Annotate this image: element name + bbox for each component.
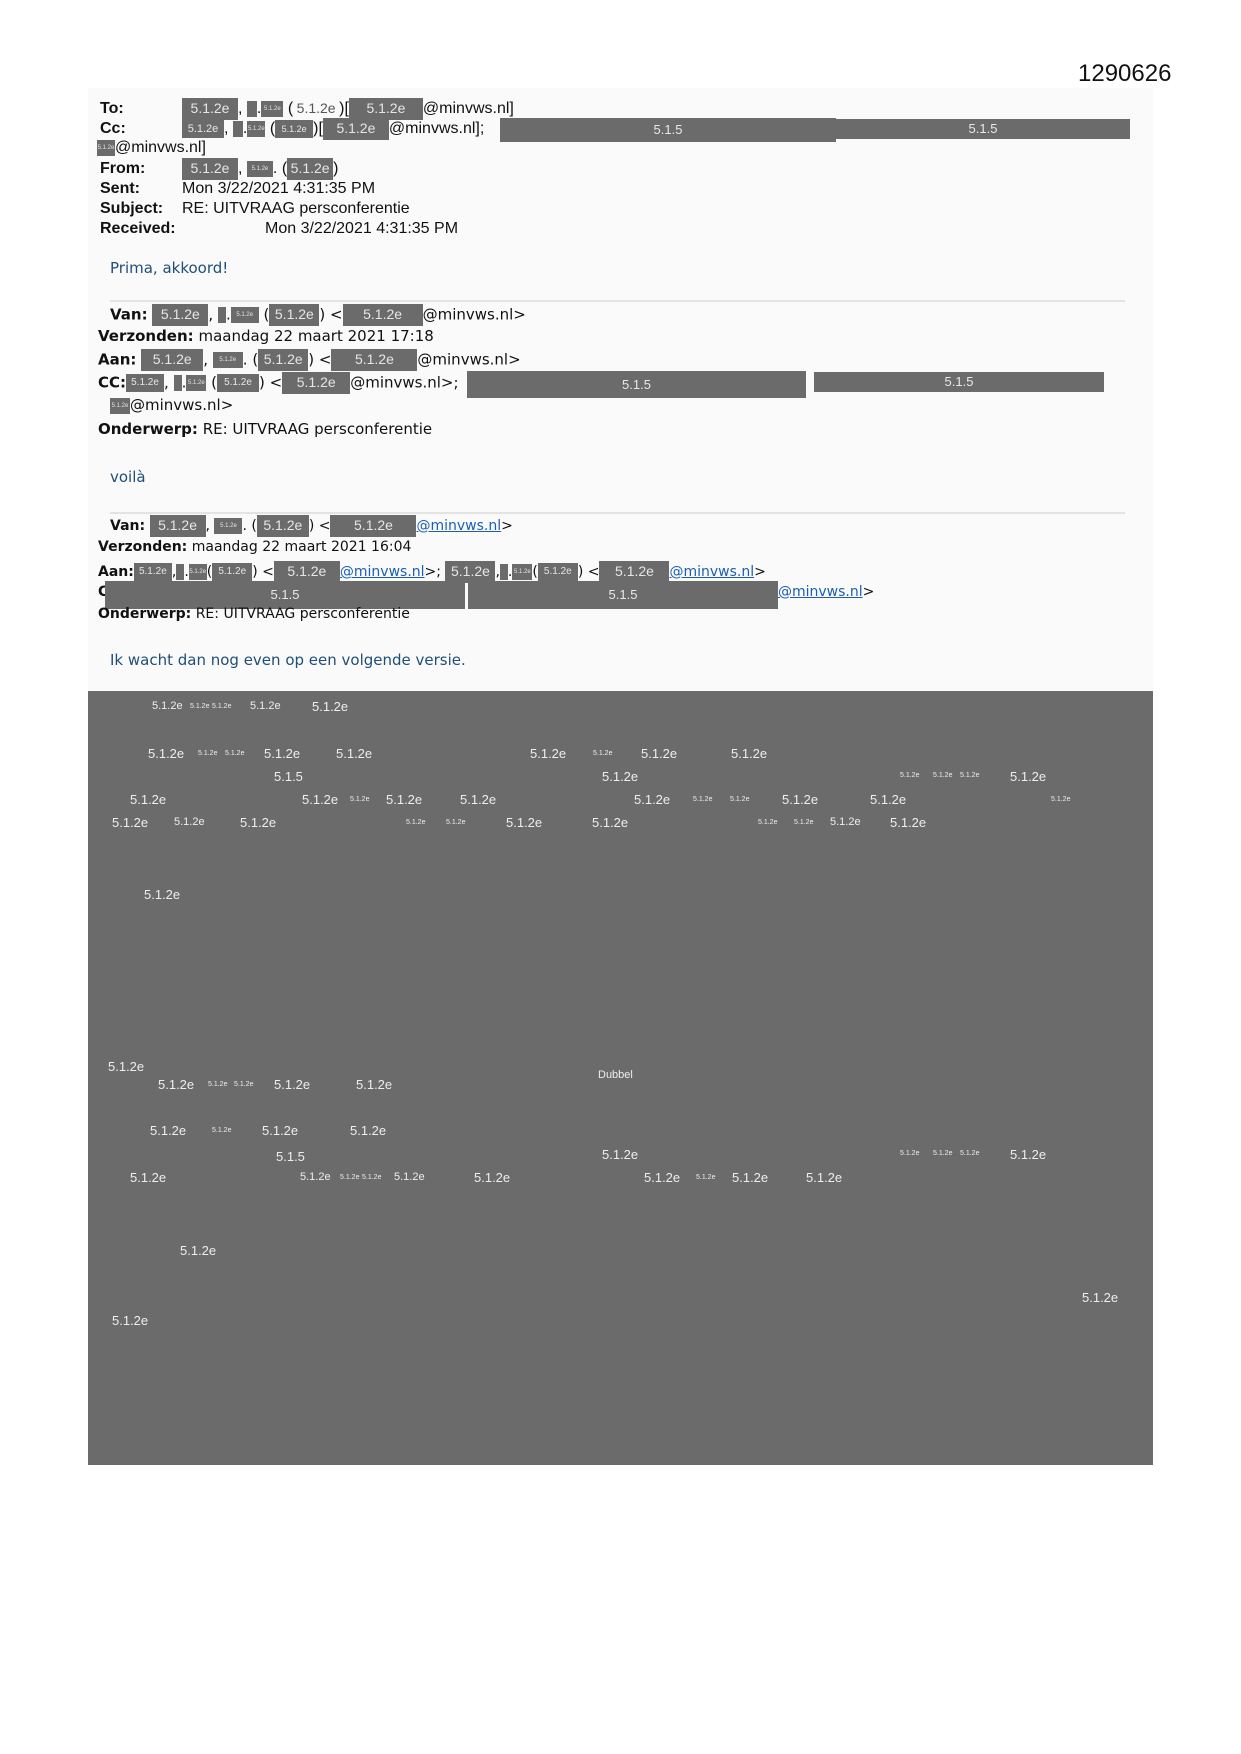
sent-value: Mon 3/22/2021 4:31:35 PM: [182, 180, 375, 198]
email-link[interactable]: @minvws.nl: [778, 584, 863, 600]
redaction-box: 5.1.2e: [445, 561, 495, 583]
redaction-box: 5.1.2e: [282, 372, 350, 394]
redaction-tag: 5.1.2e: [1051, 796, 1070, 803]
cc-continuation: 5.1.2e@minvws.nl]: [97, 139, 206, 157]
redaction-tag: 5.1.2e: [758, 819, 777, 826]
redaction-tag: 5.1.2e: [870, 792, 906, 807]
redaction-tag: 5.1.2e: [350, 1123, 386, 1138]
quoted2-aan-row: Aan:5.1.2e,.5.1.2e(5.1.2e) <5.1.2e@minvw…: [98, 561, 766, 583]
separator: [110, 300, 1125, 302]
redaction-tag: 5.1.2e: [644, 1170, 680, 1185]
quoted2-onderwerp-row: Onderwerp: RE: UITVRAAG persconferentie: [98, 606, 410, 622]
redaction-box: 5.1.2e: [343, 304, 423, 326]
redaction-tag: 5.1.2e: [174, 816, 205, 828]
redaction-tag: 5.1.2e: [225, 750, 244, 757]
redaction-box: 5.1.2e: [212, 563, 252, 581]
received-value: Mon 3/22/2021 4:31:35 PM: [265, 220, 458, 238]
cc-value: 5.1.2e, .5.1.2e (5.1.2e)[5.1.2e@minvws.n…: [182, 118, 484, 140]
redaction-box: 5.1.2e: [330, 515, 416, 537]
received-label: Received:: [100, 220, 176, 237]
redaction-box: 5.1.2e: [214, 518, 242, 534]
redaction-box: 5.1.2e: [126, 374, 164, 392]
quoted2-van-row: Van: 5.1.2e, 5.1.2e. (5.1.2e) <5.1.2e@mi…: [110, 515, 513, 537]
redaction-tag: 5.1.2e: [794, 819, 813, 826]
redaction-box: 5.1.2e: [538, 563, 578, 581]
to-email-suffix: @minvws.nl]: [423, 100, 514, 117]
redaction-box: 5.1.2e: [182, 98, 238, 120]
quoted1-verzonden-row: Verzonden: maandag 22 maart 2021 17:18: [98, 327, 434, 345]
redaction-tag: 5.1.2e: [130, 792, 166, 807]
redaction-box: 5.1.2e: [349, 98, 423, 120]
redaction-tag: 5.1.2e: [300, 1171, 331, 1183]
redaction-box: 5.1.2e: [257, 515, 309, 537]
redaction-tag: 5.1.2e: [634, 792, 670, 807]
redaction-tag: 5.1.2e: [340, 1174, 359, 1181]
quoted2-body: Ik wacht dan nog even op een volgende ve…: [110, 651, 466, 669]
redaction-block-5-1-5: 5.1.5: [468, 581, 778, 609]
redaction-tag: 5.1.2e: [830, 816, 861, 828]
subject-value: RE: UITVRAAG persconferentie: [182, 200, 410, 218]
email-link[interactable]: @minvws.nl: [416, 518, 501, 534]
to-label: To:: [100, 100, 124, 117]
redaction-box: 5.1.2e: [274, 561, 340, 583]
redaction-box: 5.1.2e: [141, 349, 203, 371]
quoted2-verzonden-row: Verzonden: maandag 22 maart 2021 16:04: [98, 539, 411, 555]
redaction-tag: 5.1.2e: [1010, 769, 1046, 784]
redaction-tag: 5.1.2e: [530, 746, 566, 761]
redaction-tag: 5.1.2e: [212, 1127, 231, 1134]
redaction-box: 5.1.2e: [134, 563, 172, 581]
received-row: Received:: [100, 220, 176, 238]
redaction-box: 5.1.2e: [247, 161, 273, 177]
redaction-box: 5.1.2e: [186, 375, 206, 391]
redaction-tag: 5.1.2e: [933, 1150, 952, 1157]
redaction-tag: 5.1.2e: [460, 792, 496, 807]
redaction-block-5-1-5: 5.1.5: [836, 119, 1130, 139]
dubbel-label: Dubbel: [598, 1069, 633, 1081]
redaction-tag: 5.1.2e: [150, 1123, 186, 1138]
redaction-block-5-1-5: 5.1.5: [814, 372, 1104, 392]
redaction-tag: 5.1.2e: [302, 792, 338, 807]
redaction-tag: 5.1.2e: [1010, 1147, 1046, 1162]
redaction-box: 5.1.2e: [97, 140, 115, 156]
redaction-tag: 5.1.2e: [1082, 1290, 1118, 1305]
redaction-tag: 5.1.2e: [641, 746, 677, 761]
redaction-tag: 5.1.2e: [386, 792, 422, 807]
redaction-tag: 5.1.2e: [356, 1077, 392, 1092]
redaction-box: 5.1.2e: [152, 304, 208, 326]
redaction-tag: 5.1.2e: [900, 1150, 919, 1157]
redaction-block-5-1-5: 5.1.5: [467, 371, 806, 398]
quoted1-van-row: Van: 5.1.2e, .5.1.2e (5.1.2e) <5.1.2e@mi…: [110, 304, 526, 326]
redaction-tag: 5.1.2e: [152, 700, 183, 712]
redaction-tag: 5.1.2e: [180, 1243, 216, 1258]
to-row: To:: [100, 100, 124, 118]
redaction-tag: 5.1.2e: [602, 769, 638, 784]
to-value: 5.1.2e, .5.1.2e (5.1.2e)[5.1.2e@minvws.n…: [182, 98, 514, 120]
quoted1-aan-row: Aan: 5.1.2e, 5.1.2e. (5.1.2e) <5.1.2e@mi…: [98, 349, 521, 371]
redaction-tag: 5.1.2e: [602, 1147, 638, 1162]
redaction-tag: 5.1.2e: [693, 796, 712, 803]
redaction-tag: 5.1.2e: [900, 772, 919, 779]
redaction-box: 5.1.2e: [247, 121, 265, 137]
redaction-box: 5.1.2e: [331, 349, 417, 371]
redaction-box: 5.1.2e: [110, 398, 130, 414]
from-row: From:: [100, 160, 145, 178]
redaction-tag: 5.1.2e: [190, 703, 209, 710]
redaction-tag: 5.1.2e: [731, 746, 767, 761]
redaction-box: 5.1.2e: [275, 120, 313, 138]
redaction-tag: 5.1.2e: [130, 1170, 166, 1185]
redaction-box: [500, 564, 508, 580]
redaction-box: 5.1.2e: [150, 515, 206, 537]
subject-label: Subject:: [100, 200, 163, 217]
redaction-tag: 5.1.2e: [593, 750, 612, 757]
cc-row: Cc:: [100, 120, 126, 138]
redaction-box: [247, 101, 257, 117]
email-link[interactable]: @minvws.nl: [669, 564, 754, 580]
redaction-box: 5.1.2e: [213, 352, 243, 368]
redaction-block-5-1-5: 5.1.5: [105, 581, 465, 609]
email-link[interactable]: @minvws.nl: [340, 564, 425, 580]
redaction-tag: 5.1.2e: [212, 703, 231, 710]
redaction-tag: 5.1.2e: [406, 819, 425, 826]
from-value: 5.1.2e, 5.1.2e. (5.1.2e): [182, 158, 338, 180]
redaction-tag: 5.1.2e: [362, 1174, 381, 1181]
redaction-block-5-1-5: 5.1.5: [500, 118, 836, 142]
from-label: From:: [100, 160, 145, 177]
redaction-tag: 5.1.2e: [250, 700, 281, 712]
redaction-box: 5.1.2e: [217, 374, 259, 392]
quoted1-onderwerp-row: Onderwerp: RE: UITVRAAG persconferentie: [98, 420, 432, 438]
sent-row: Sent:: [100, 180, 140, 198]
redaction-tag: 5.1.5: [274, 769, 303, 784]
redaction-tag: 5.1.2e: [730, 796, 749, 803]
redaction-box: 5.1.2e: [182, 120, 224, 138]
redaction-box: 5.1.2e: [269, 304, 319, 326]
redacted-content-block: 5.1.2e 5.1.2e 5.1.2e 5.1.2e 5.1.2e 5.1.2…: [88, 691, 1153, 1465]
redaction-tag: 5.1.2e: [806, 1170, 842, 1185]
redaction-tag: 5.1.2e: [262, 1123, 298, 1138]
redaction-tag: 5.1.2e: [112, 815, 148, 830]
cc-label: Cc:: [100, 120, 126, 137]
redaction-tag: 5.1.2e: [960, 772, 979, 779]
redaction-tag: 5.1.2e: [960, 1150, 979, 1157]
redaction-tag: 5.1.2e: [198, 750, 217, 757]
quoted1-cc-row: CC:5.1.2e, .5.1.2e (5.1.2e) <5.1.2e@minv…: [98, 372, 459, 394]
redaction-tag: 5.1.2e: [234, 1081, 253, 1088]
redaction-box: [233, 121, 243, 137]
quoted2-cc-suffix: @minvws.nl>: [778, 584, 874, 600]
redaction-box: 5.1.2e: [323, 118, 389, 140]
redaction-box: 5.1.2e: [293, 98, 339, 120]
redaction-tag: 5.1.2e: [264, 746, 300, 761]
redaction-box: [174, 375, 182, 391]
redaction-tag: 5.1.2e: [208, 1081, 227, 1088]
redaction-tag: 5.1.2e: [158, 1077, 194, 1092]
redaction-box: 5.1.2e: [261, 101, 283, 117]
redaction-tag: 5.1.2e: [240, 815, 276, 830]
quoted1-body: voilà: [110, 468, 146, 486]
redaction-box: 5.1.2e: [182, 158, 238, 180]
redaction-box: 5.1.2e: [287, 158, 333, 180]
redaction-box: 5.1.2e: [189, 564, 207, 580]
redaction-tag: 5.1.2e: [336, 746, 372, 761]
redaction-box: 5.1.2e: [258, 349, 308, 371]
redaction-tag: 5.1.2e: [890, 815, 926, 830]
redaction-tag: 5.1.2e: [350, 796, 369, 803]
redaction-tag: 5.1.2e: [112, 1313, 148, 1328]
redaction-tag: 5.1.2e: [592, 815, 628, 830]
cc-email-suffix: @minvws.nl];: [389, 120, 484, 137]
redaction-tag: 5.1.2e: [933, 772, 952, 779]
redaction-box: 5.1.2e: [512, 564, 532, 580]
redaction-tag: 5.1.2e: [474, 1170, 510, 1185]
redaction-tag: 5.1.2e: [394, 1171, 425, 1183]
redaction-box: [218, 307, 226, 323]
redaction-tag: 5.1.2e: [696, 1174, 715, 1181]
redaction-box: 5.1.2e: [231, 307, 259, 323]
redaction-box: 5.1.2e: [599, 561, 669, 583]
redaction-tag: 5.1.2e: [144, 887, 180, 902]
separator: [110, 512, 1125, 514]
sent-label: Sent:: [100, 180, 140, 197]
redaction-tag: 5.1.2e: [446, 819, 465, 826]
redaction-tag: 5.1.2e: [274, 1077, 310, 1092]
redaction-tag: 5.1.2e: [108, 1059, 144, 1074]
redaction-tag: 5.1.5: [276, 1149, 305, 1164]
redaction-tag: 5.1.2e: [782, 792, 818, 807]
redaction-tag: 5.1.2e: [506, 815, 542, 830]
quoted1-cc-continuation: 5.1.2e@minvws.nl>: [110, 396, 233, 414]
message-body: Prima, akkoord!: [110, 259, 228, 277]
redaction-tag: 5.1.2e: [148, 746, 184, 761]
redaction-tag: 5.1.2e: [312, 699, 348, 714]
document-number: 1290626: [1078, 60, 1171, 88]
redaction-tag: 5.1.2e: [732, 1170, 768, 1185]
subject-row: Subject:: [100, 200, 163, 218]
